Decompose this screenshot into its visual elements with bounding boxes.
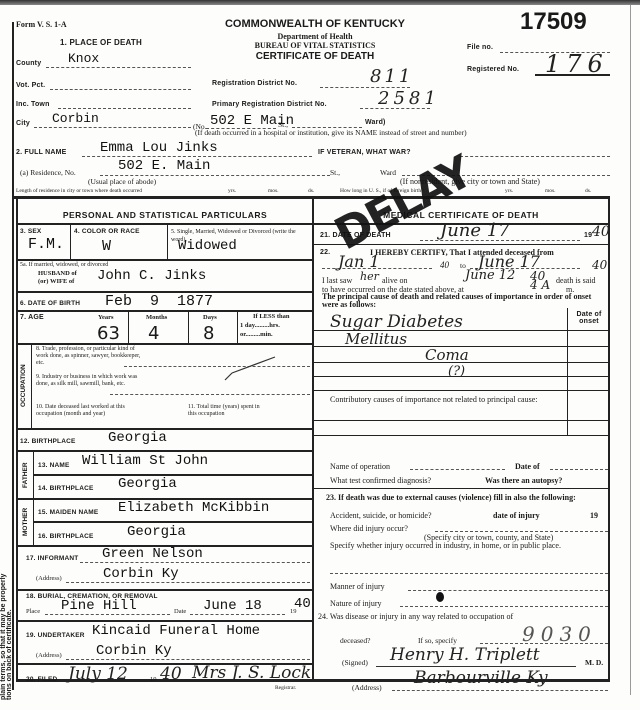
- manner-label: Manner of injury: [330, 582, 385, 591]
- last-saw-pronoun: her: [360, 270, 379, 283]
- county-value: Knox: [68, 51, 99, 66]
- row-rule-9: [33, 521, 312, 523]
- section-divider-top: [12, 196, 610, 199]
- race-label: 4. COLOR OR RACE: [74, 228, 140, 235]
- abode-note: (Usual place of abode): [88, 177, 156, 186]
- city-label: City: [16, 120, 30, 127]
- total-time-label: 11. Total time (years) spent in this occ…: [188, 404, 268, 418]
- row-rule-4: [16, 343, 312, 345]
- date-of-death-value: June 17: [440, 220, 510, 241]
- birthplace-label: 12. BIRTHPLACE: [20, 438, 76, 445]
- dob-label: 6. DATE OF BIRTH: [20, 300, 80, 307]
- full-name-label: 2. FULL NAME: [16, 149, 67, 156]
- bureau-title: BUREAU OF VITAL STATISTICS: [210, 41, 420, 50]
- father-name-value: William St John: [82, 453, 208, 469]
- physician-address-value: Barbourville Ky: [414, 668, 548, 688]
- death-said-label: death is said: [556, 276, 596, 285]
- age-label: 7. AGE: [20, 314, 44, 321]
- where-injury-label: Where did injury occur?: [330, 524, 408, 533]
- injury-year-prefix: 19: [590, 511, 598, 520]
- age-divider-2: [188, 310, 189, 343]
- sex-value: F.M.: [28, 236, 64, 253]
- sex-race-divider: [70, 223, 71, 259]
- specify-injury-label: Specify whether injury occurred in indus…: [330, 542, 608, 550]
- length-residence-label: Length of residence in city or town wher…: [16, 188, 142, 194]
- age-divider-1: [128, 310, 129, 343]
- center-divider: [312, 199, 314, 679]
- undertaker-address-value: Corbin Ky: [96, 643, 172, 659]
- registrar-label: Registrar.: [275, 685, 296, 691]
- county-line: [46, 67, 191, 68]
- primary-registration-label: Primary Registration District No.: [212, 101, 327, 108]
- operation-line: [410, 469, 505, 470]
- registered-no-label: Registered No.: [467, 66, 519, 73]
- cause-code-value: 9030: [522, 622, 597, 646]
- row-rule-3: [16, 310, 312, 312]
- city-line: [34, 127, 191, 128]
- registrar-signature: Mrs J. S. Lock: [192, 663, 311, 683]
- certify-number: 22.: [320, 249, 330, 256]
- row-rule-11: [16, 589, 312, 591]
- birthplace-value: Georgia: [108, 430, 167, 446]
- date-of-death-year-prefix: 19: [584, 232, 592, 239]
- cause-4: (?): [448, 364, 465, 379]
- full-name-value: Emma Lou Jinks: [100, 140, 218, 156]
- informant-line: [80, 562, 310, 563]
- us-yrs-label: yrs.: [505, 188, 513, 194]
- accident-label: Accident, suicide, or homicide?: [330, 511, 432, 520]
- spouse-label-2: HUSBAND of: [38, 270, 77, 277]
- days-label: Days: [203, 314, 217, 321]
- last-worked-label: 10. Date deceased last worked at this oc…: [36, 404, 141, 418]
- length-yrs-label: yrs.: [228, 188, 236, 194]
- ward-label: Ward): [365, 119, 386, 126]
- informant-label: 17. INFORMANT: [26, 555, 78, 562]
- ink-blot: [436, 592, 444, 602]
- undertaker-address-label: (Address): [36, 652, 62, 659]
- external-causes-label: 23. If death was due to external causes …: [326, 494, 608, 502]
- residence-ward-label: Ward: [380, 168, 396, 177]
- vot-pct-label: Vot. Pct.: [16, 82, 45, 89]
- informant-value: Green Nelson: [102, 546, 203, 562]
- row-rule-6: [16, 450, 312, 452]
- informant-address-line: [66, 582, 310, 583]
- department-title: Department of Health: [210, 32, 420, 41]
- cause-rule-7: [314, 435, 608, 436]
- city-value: Corbin: [52, 111, 99, 126]
- undertaker-label: 19. UNDERTAKER: [26, 632, 85, 639]
- years-value: 63: [97, 323, 120, 344]
- mother-side-label: MOTHER: [22, 502, 29, 542]
- form-id: Form V. S. 1-A: [16, 20, 67, 29]
- burial-place-line: [45, 614, 170, 615]
- nature-label: Nature of injury: [330, 599, 382, 608]
- burial-year-value: 40: [294, 596, 311, 612]
- us-mos-label: mos.: [545, 188, 556, 194]
- undertaker-value: Kincaid Funeral Home: [92, 623, 260, 639]
- spouse-value: John C. Jinks: [97, 268, 206, 284]
- occupation-side-divider: [31, 343, 32, 428]
- row-rule-12: [16, 620, 312, 622]
- medical-right-border: [608, 199, 610, 679]
- vot-pct-line: [50, 89, 191, 90]
- hospital-note: (If death occurred in a hospital or inst…: [195, 128, 467, 137]
- burial-place-label: Place: [26, 608, 40, 615]
- date-onset-label: Date of onset: [570, 311, 608, 325]
- mother-birthplace-value: Georgia: [127, 524, 186, 540]
- informant-address-value: Corbin Ky: [103, 566, 179, 582]
- trade-line: [124, 366, 310, 367]
- margin-note-line2: tions on back of certificate.: [6, 540, 13, 700]
- autopsy-label: Was there an autopsy?: [485, 476, 562, 485]
- last-saw-label-2: alive on: [382, 276, 408, 285]
- filed-value: July 12: [68, 664, 128, 684]
- spouse-label-1: 5a. If married, widowed, or divorced: [20, 262, 108, 268]
- date-of-death-year-value: 40: [592, 224, 610, 240]
- physician-signature: Henry H. Triplett: [390, 645, 540, 665]
- principal-cause-label: The principal cause of death and related…: [322, 293, 607, 309]
- contributory-label: Contributory causes of importance not re…: [330, 396, 570, 404]
- file-no-label: File no.: [467, 44, 493, 51]
- medical-rule-2: [314, 488, 608, 489]
- operation-label: Name of operation: [330, 462, 390, 471]
- occupation-side-label: OCCUPATION: [20, 350, 27, 422]
- father-birthplace-label: 14. BIRTHPLACE: [38, 485, 94, 492]
- attended-to-year: 40: [592, 258, 607, 272]
- personal-heading-rule: [16, 223, 312, 225]
- burial-date-value: June 18: [203, 598, 262, 614]
- signed-label: (Signed): [342, 658, 368, 667]
- father-side-label: FATHER: [22, 455, 29, 495]
- certificate-stamp-number: 17509: [520, 8, 587, 36]
- state-title: COMMONWEALTH OF KENTUCKY: [210, 18, 420, 30]
- md-label: M. D.: [585, 658, 603, 667]
- industry-line: [110, 394, 310, 395]
- signed-line: [376, 666, 576, 667]
- sex-label: 3. SEX: [20, 228, 41, 235]
- inc-town-label: Inc. Town: [16, 101, 50, 108]
- attended-from-year: 40: [440, 260, 449, 270]
- cause-rule-5: [314, 390, 608, 391]
- length-mos-label: mos.: [268, 188, 279, 194]
- nature-line: [400, 606, 608, 607]
- if-so-label: If so, specify: [418, 636, 457, 645]
- months-label: Months: [146, 314, 167, 321]
- less-than-label-1: If LESS than: [253, 313, 290, 320]
- form-right-border: [630, 5, 631, 695]
- residence-label: (a) Residence, No.: [20, 168, 76, 177]
- informant-address-label: (Address): [36, 575, 62, 582]
- less-than-label-2: 1 day.........hrs.: [240, 322, 280, 329]
- row-rule-1: [16, 259, 312, 261]
- scan-top-edge: [0, 0, 640, 5]
- race-marital-divider: [167, 223, 168, 259]
- industry-label: 9. Industry or business in which work wa…: [36, 374, 146, 388]
- occurred-time: 4 A: [530, 278, 550, 292]
- cause-1: Sugar Diabetes: [330, 312, 463, 332]
- registration-district-label: Registration District No.: [212, 80, 297, 87]
- date-onset-divider: [567, 308, 568, 435]
- father-birthplace-value: Georgia: [118, 476, 177, 492]
- months-value: 4: [148, 323, 159, 344]
- registration-district-value: 811: [370, 66, 413, 87]
- less-than-label-3: or.........min.: [240, 331, 273, 338]
- last-saw-label-1: I last saw: [322, 276, 352, 285]
- residence-st-label: St.,: [330, 168, 340, 177]
- days-value: 8: [203, 323, 214, 344]
- undertaker-address-line: [66, 659, 310, 660]
- burial-date-label: Date: [174, 608, 186, 615]
- place-of-death-heading: 1. PLACE OF DEATH: [60, 38, 142, 47]
- personal-left-border: [16, 199, 18, 679]
- spouse-label-3: (or) WIFE of: [38, 278, 74, 285]
- cause-2: Mellitus: [345, 330, 407, 348]
- county-label: County: [16, 60, 41, 67]
- trade-label: 8. Trade, profession, or particular kind…: [36, 346, 146, 367]
- veteran-line: [460, 156, 610, 157]
- test-label: What test confirmed diagnosis?: [330, 476, 431, 485]
- primary-registration-value: 2581: [378, 88, 440, 109]
- physician-address-label: (Address): [352, 683, 382, 692]
- physician-address-line: [392, 690, 608, 691]
- dob-value: Feb 9 1877: [105, 293, 213, 310]
- race-value: W: [102, 238, 111, 255]
- certificate-title: CERTIFICATE OF DEATH: [210, 51, 420, 62]
- age-divider-3: [237, 310, 238, 343]
- cause-rule-6: [314, 420, 608, 421]
- filed-label: 20. FILED: [26, 676, 57, 683]
- years-label: Years: [98, 314, 114, 321]
- burial-place-value: Pine Hill: [61, 598, 137, 614]
- occupation-check-mark: [220, 355, 280, 385]
- residence-value: 502 E. Main: [118, 158, 210, 174]
- mother-birthplace-label: 16. BIRTHPLACE: [38, 533, 94, 540]
- us-ds-label: ds.: [585, 188, 591, 194]
- burial-date-line: [190, 614, 285, 615]
- where-injury-line: [435, 531, 608, 532]
- residence-line: [100, 175, 330, 176]
- personal-heading: PERSONAL AND STATISTICAL PARTICULARS: [18, 210, 312, 220]
- filed-year-prefix: 19: [150, 676, 157, 683]
- full-name-line: [82, 156, 312, 157]
- filed-year-value: 40: [160, 664, 182, 684]
- father-name-label: 13. NAME: [38, 462, 70, 469]
- mother-name-label: 15. MAIDEN NAME: [38, 509, 98, 516]
- occupation-related-label: 24. Was disease or injury in any way rel…: [318, 612, 513, 621]
- manner-line: [408, 590, 608, 591]
- veteran-label: IF VETERAN, WHAT WAR?: [318, 149, 411, 156]
- injury-date-label: date of injury: [493, 511, 540, 520]
- specify-injury-line: [330, 573, 608, 574]
- inc-town-line: [58, 108, 191, 109]
- length-ds-label: ds.: [308, 188, 314, 194]
- cause-3: Coma: [425, 346, 469, 364]
- operation-date-label: Date of: [515, 462, 540, 471]
- operation-date-line: [550, 469, 608, 470]
- last-saw-date: June 12: [465, 268, 515, 283]
- mother-name-value: Elizabeth McKibbin: [118, 500, 269, 516]
- marital-value: Widowed: [178, 238, 237, 254]
- registered-no-value: 176: [545, 50, 609, 78]
- deceased-label: deceased?: [340, 636, 370, 645]
